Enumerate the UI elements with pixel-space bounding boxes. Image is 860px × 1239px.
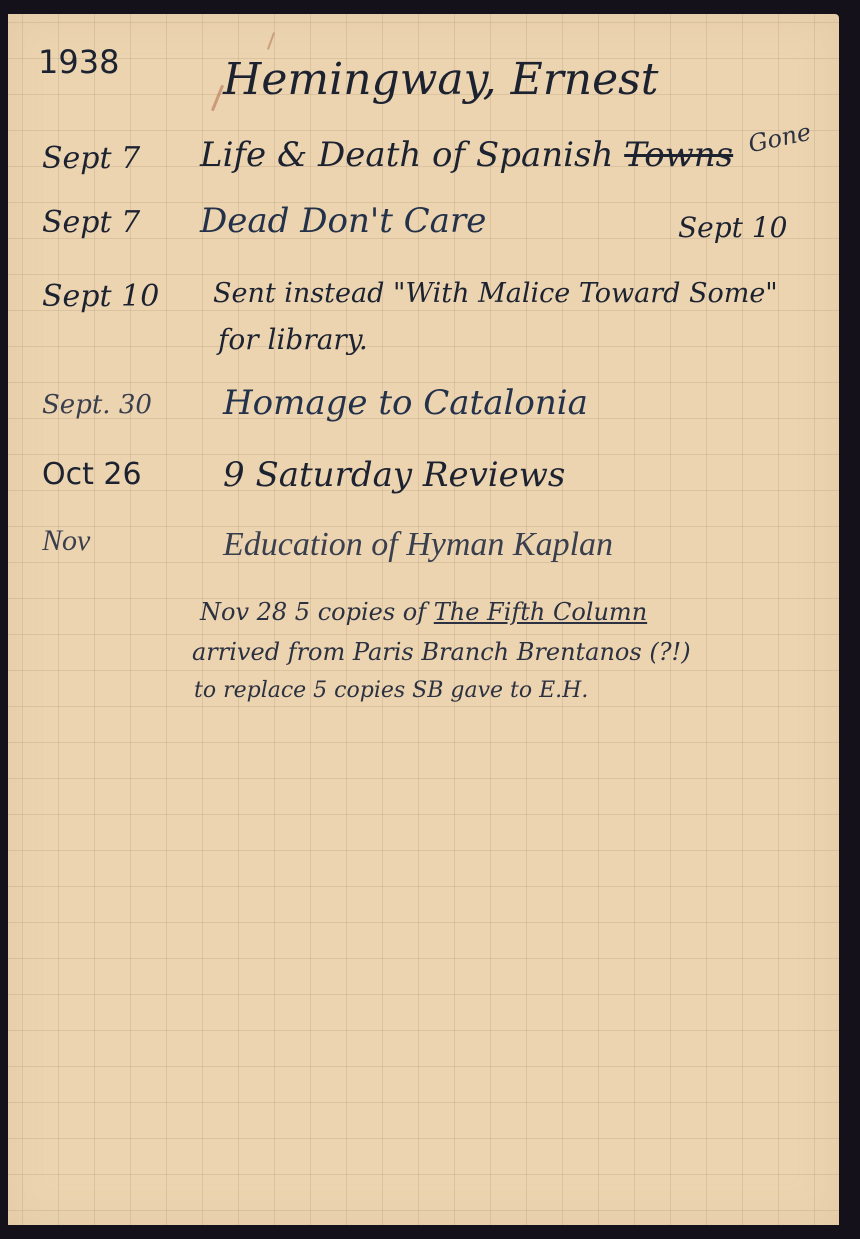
entry-date: Nov (42, 526, 90, 556)
note-line: to replace 5 copies SB gave to E.H. (194, 680, 588, 702)
entry-title: Dead Don't Care (200, 204, 486, 238)
note-line: Nov 28 5 copies of The Fifth Column (200, 600, 647, 624)
entry-date: Sept 7 (42, 208, 140, 238)
entry-title-text: Life & Death of Spanish (200, 135, 624, 175)
struck-word: Towns (624, 135, 733, 175)
note-line: arrived from Paris Branch Brentanos (?!) (192, 640, 691, 664)
entry-date: Sept 10 (42, 282, 159, 312)
entry-date: Oct 26 (42, 460, 142, 490)
ink-stain (267, 32, 275, 50)
entry-date: Sept. 30 (42, 392, 152, 418)
card-name-heading: Hemingway, Ernest (223, 58, 658, 102)
entry-title: Homage to Catalonia (223, 386, 588, 420)
scan-frame: 1938 Hemingway, Ernest Sept 7 Life & Dea… (0, 0, 860, 1239)
card-year: 1938 (38, 46, 119, 78)
entry-aside-date: Sept 10 (678, 214, 787, 242)
entry-title: Education of Hyman Kaplan (223, 528, 613, 562)
entry-title: 9 Saturday Reviews (223, 458, 565, 492)
note-text: Nov 28 5 copies of (200, 598, 434, 626)
entry-text-line: for library. (218, 326, 368, 354)
book-title-underlined: The Fifth Column (434, 598, 647, 626)
correction-note: Gone (746, 120, 813, 157)
index-card: 1938 Hemingway, Ernest Sept 7 Life & Dea… (8, 14, 839, 1225)
entry-title: Life & Death of Spanish Towns (200, 138, 733, 172)
entry-text-line: Sent instead "With Malice Toward Some" (213, 280, 778, 307)
entry-date: Sept 7 (42, 144, 140, 174)
